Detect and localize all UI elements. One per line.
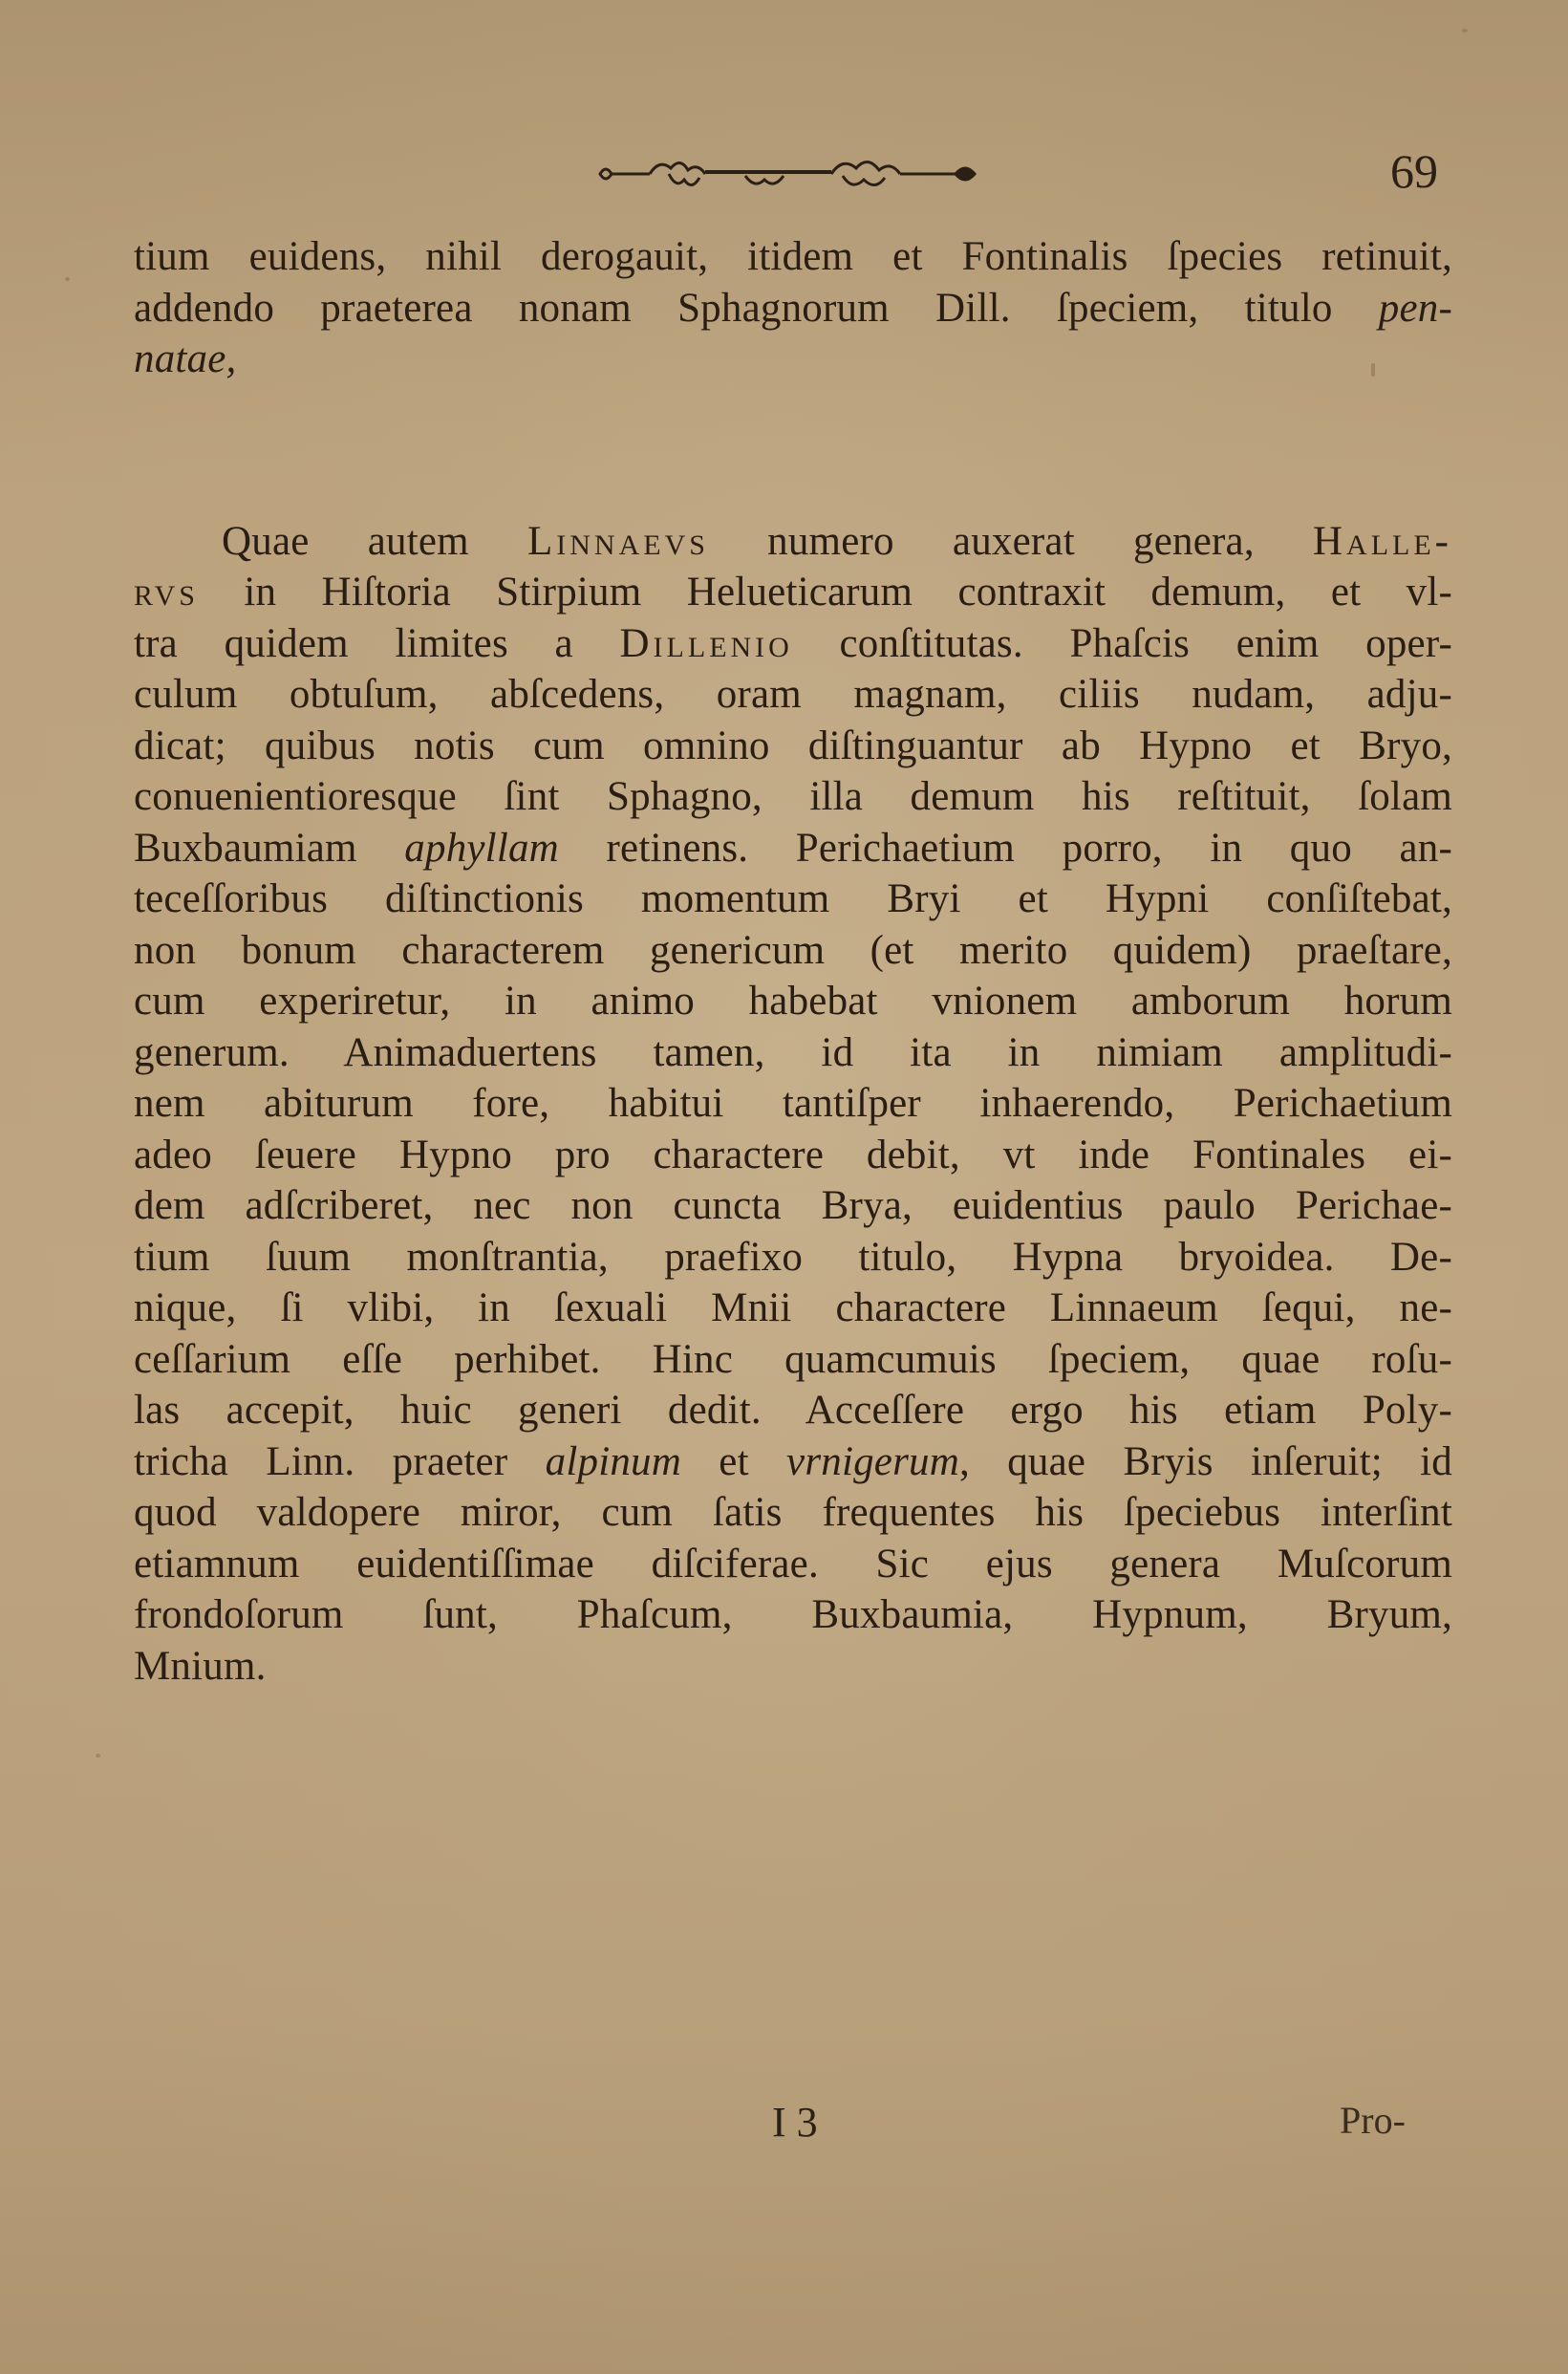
body-text: tium euidens, nihil derogauit, itidem et… <box>134 231 1452 1692</box>
text-line: las accepit, huic generi dedit. Acceſſer… <box>134 1385 1452 1436</box>
text-span: , quae Bryis inſeruit; id <box>959 1439 1452 1484</box>
text-line: quod valdopere miror, cum ſatis frequent… <box>134 1487 1452 1539</box>
text-line: non bonum characterem genericum (et meri… <box>134 925 1452 977</box>
author-name: Linnaevs <box>527 519 709 564</box>
page-number: 69 <box>1390 143 1438 199</box>
author-name: Dillenio <box>620 621 793 666</box>
text-line: nique, ſi vlibi, in ſexuali Mnii charact… <box>134 1283 1452 1334</box>
text-line: frondoſorum ſunt, Phaſcum, Buxbaumia, Hy… <box>134 1589 1452 1641</box>
text-line: rvs in Hiſtoria Stirpium Helueticarum co… <box>134 567 1452 618</box>
text-line: tricha Linn. praeter alpinum et vrnigeru… <box>134 1436 1452 1488</box>
paper-speck <box>65 277 70 281</box>
author-name: Halle- <box>1313 519 1452 564</box>
text-span: conſtitutas. Phaſcis enim oper- <box>793 621 1452 666</box>
text-line: adeo ſeuere Hypno pro charactere debit, … <box>134 1130 1452 1181</box>
text-span: tricha Linn. praeter <box>134 1439 546 1484</box>
paragraph-gap <box>134 385 1452 516</box>
author-name: rvs <box>134 570 199 615</box>
italic-word: pen- <box>1379 286 1452 331</box>
text-line: teceſſoribus diſtinctionis momentum Bryi… <box>134 874 1452 925</box>
text-line: tium ſuum monſtrantia, praefixo titulo, … <box>134 1232 1452 1284</box>
text-line: cum experiretur, in animo habebat vnione… <box>134 976 1452 1027</box>
text-line: Mnium. <box>134 1641 1452 1693</box>
italic-word: aphyllam <box>404 826 559 871</box>
text-span: tra quidem limites a <box>134 621 620 666</box>
paper-speck <box>1371 363 1375 377</box>
text-span: addendo praeterea nonam Sphagnorum Dill.… <box>134 286 1333 331</box>
text-line: natae, <box>134 334 1452 385</box>
text-span: in Hiſtoria Stirpium Helueticarum contra… <box>199 570 1452 615</box>
text-line: etiamnum euidentiſſimae diſciferae. Sic … <box>134 1539 1452 1590</box>
text-span: Quae autem <box>222 519 527 564</box>
text-line: tium euidens, nihil derogauit, itidem et… <box>134 231 1452 283</box>
paper-speck <box>96 1754 100 1758</box>
text-line: generum. Animaduertens tamen, id ita in … <box>134 1027 1452 1079</box>
text-line: nem abiturum fore, habitui tantiſper inh… <box>134 1078 1452 1130</box>
catchword: Pro- <box>1340 2098 1406 2143</box>
text-line: culum obtuſum, abſcedens, oram magnam, c… <box>134 669 1452 721</box>
text-line: tra quidem limites a Dillenio conſtituta… <box>134 618 1452 670</box>
text-span: retinens. Perichaetium porro, in quo an- <box>559 826 1452 871</box>
decorative-headpiece-icon <box>592 153 984 193</box>
book-page: 69 tium euidens, nihil derogauit, itidem… <box>0 0 1568 2374</box>
text-line: dicat; quibus notis cum omnino diſtingua… <box>134 721 1452 772</box>
text-line: addendo praeterea nonam Sphagnorum Dill.… <box>134 283 1452 335</box>
italic-word: alpinum <box>546 1439 681 1484</box>
text-line: Buxbaumiam aphyllam retinens. Perichaeti… <box>134 823 1452 874</box>
text-span: et <box>681 1439 786 1484</box>
text-span: numero auxerat genera, <box>709 519 1313 564</box>
text-span: Buxbaumiam <box>134 826 404 871</box>
italic-word: vrnigerum <box>786 1439 959 1484</box>
text-line: dem adſcriberet, nec non cuncta Brya, eu… <box>134 1180 1452 1232</box>
text-line: conuenientioresque ſint Sphagno, illa de… <box>134 771 1452 823</box>
text-line: Quae autem Linnaevs numero auxerat gener… <box>134 516 1452 568</box>
signature-mark: I 3 <box>772 2098 818 2147</box>
paper-speck <box>1462 29 1468 32</box>
text-line: ceſſarium eſſe perhibet. Hinc quamcumuis… <box>134 1334 1452 1386</box>
